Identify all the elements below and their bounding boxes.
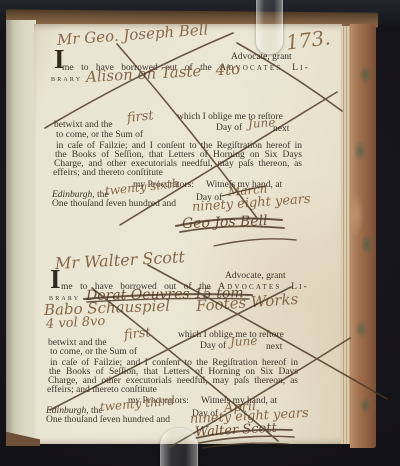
printed-betwixt: betwixt and the <box>54 120 113 130</box>
printed-advocate-grant: Advocate, grant <box>225 271 286 281</box>
printed-brary: brary <box>51 73 82 83</box>
borrower-name-handwriting: Mr Walter Scott <box>55 247 186 273</box>
printed-advocate-grant: Advocate, grant <box>231 52 292 62</box>
printed-day-of: Day of <box>216 123 242 133</box>
printed-failzie-4: effeirs; and thereto conſtitute <box>53 168 163 178</box>
signed-day-handwriting: twenty third <box>99 393 175 413</box>
fore-edge-page-stack <box>341 26 350 444</box>
signature-handwriting: Geo Jos Bell <box>182 213 268 232</box>
printed-one-thousand: One thouſand ſeven hundred and <box>46 415 170 425</box>
signed-day-handwriting: twenty sixth <box>104 176 180 198</box>
return-day-handwriting: first <box>123 325 151 343</box>
book-gutter-pages-edge <box>6 20 36 444</box>
printed-to-come: to come, or the Sum of <box>50 347 137 357</box>
borrower-name-handwriting: Mr Geo. Joseph Bell <box>56 20 208 49</box>
printed-next: next <box>273 124 289 134</box>
ledger-photo: 173. I Mr Geo. Joseph Bell Advocate, gra… <box>0 0 400 466</box>
return-month-handwriting: June <box>248 115 276 131</box>
page-holder-strap-top <box>256 0 283 54</box>
page-number: 173. <box>285 25 332 54</box>
printed-day-of: Day of <box>200 341 226 351</box>
printed-next: next <box>266 342 282 352</box>
marbled-board-edge <box>350 24 376 448</box>
return-month-handwriting: June <box>230 334 258 349</box>
printed-one-thousand: One thouſand ſeven hundred and <box>52 199 176 209</box>
printed-to-come: to come, or the Sum of <box>56 130 143 140</box>
register-page: 173. I Mr Geo. Joseph Bell Advocate, gra… <box>34 24 342 444</box>
printed-failzie-4: effeirs; and thereto conſtitute <box>47 385 157 395</box>
signature-handwriting: Walter Scott <box>195 421 278 440</box>
book-format-handwriting: 4 vol 8vo <box>46 314 106 332</box>
page-holder-strap-bottom <box>160 428 198 466</box>
book-format-text: 4to <box>215 60 241 79</box>
return-day-handwriting: first <box>126 108 154 126</box>
